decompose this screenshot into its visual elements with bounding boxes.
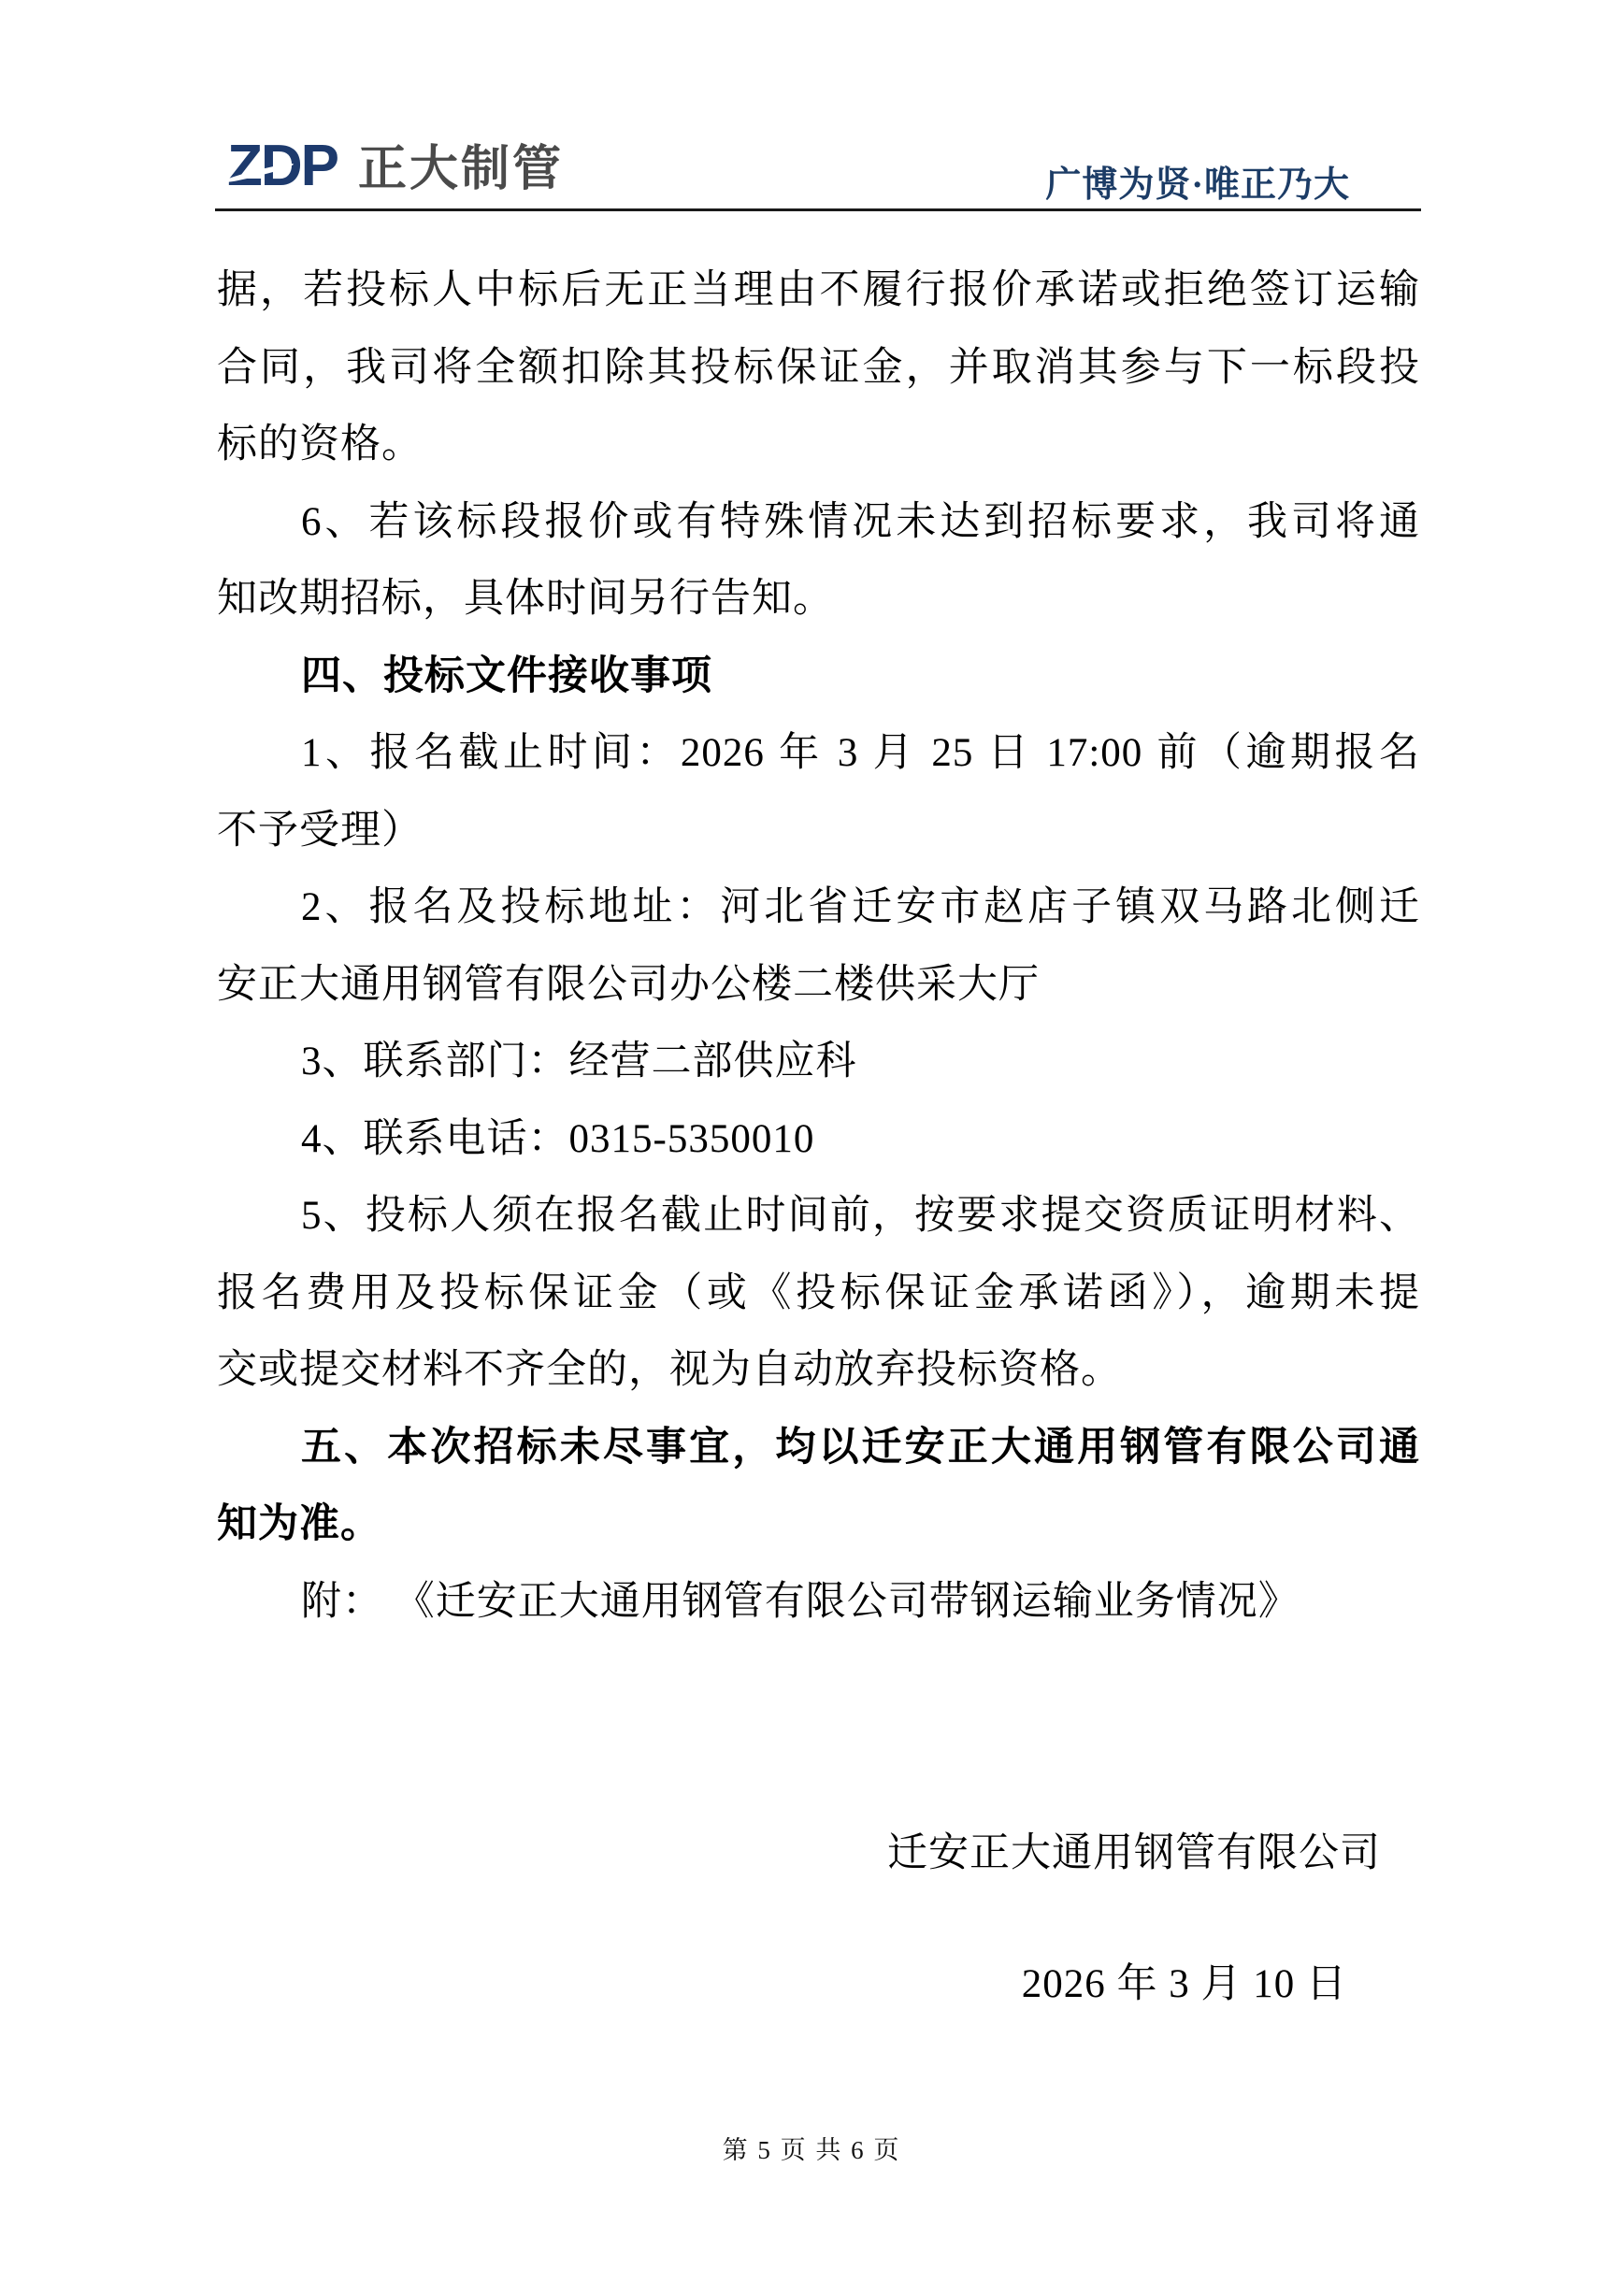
signature-company: 迁安正大通用钢管有限公司 (217, 1815, 1420, 1893)
doc-line: 不予受理） (217, 793, 1420, 870)
doc-line-item-3: 3、联系部门：经营二部供应科 (217, 1024, 1420, 1101)
zdp-logo-icon: ZDP (227, 137, 338, 195)
doc-line: 据，若投标人中标后无正当理由不履行报价承诺或拒绝签订运输 (217, 252, 1420, 330)
section-heading-4: 四、投标文件接收事项 (217, 639, 1420, 716)
doc-line-item-1: 1、报名截止时间：2026 年 3 月 25 日 17:00 前（逾期报名 (217, 715, 1420, 793)
company-slogan: 广博为贤·唯正乃大 (1045, 167, 1350, 203)
document-page: ZDP 正大制管 广博为贤·唯正乃大 据，若投标人中标后无正当理由不履行报价承诺… (0, 0, 1623, 2296)
document-body: 据，若投标人中标后无正当理由不履行报价承诺或拒绝签订运输 合同，我司将全额扣除其… (217, 252, 1420, 1641)
section-heading-5-cont: 知为准。 (217, 1486, 1420, 1564)
page-footer: 第 5 页 共 6 页 (0, 2130, 1623, 2166)
attachment-line: 附： 《迁安正大通用钢管有限公司带钢运输业务情况》 (217, 1564, 1420, 1642)
doc-line-item-5: 5、投标人须在报名截止时间前，按要求提交资质证明材料、 (217, 1178, 1420, 1256)
doc-line: 安正大通用钢管有限公司办公楼二楼供采大厅 (217, 947, 1420, 1025)
doc-line-item-4: 4、联系电话：0315-5350010 (217, 1101, 1420, 1179)
doc-line-item-6: 6、若该标段报价或有特殊情况未达到招标要求，我司将通 (217, 484, 1420, 562)
logo-company-name: 正大制管 (358, 145, 564, 194)
doc-line: 知改期招标，具体时间另行告知。 (217, 561, 1420, 639)
doc-line: 标的资格。 (217, 407, 1420, 484)
signature-block: 迁安正大通用钢管有限公司 2026 年 3 月 10 日 (217, 1815, 1420, 2023)
doc-line: 报名费用及投标保证金（或《投标保证金承诺函》），逾期未提 (217, 1256, 1420, 1333)
doc-line-item-2: 2、报名及投标地址：河北省迁安市赵店子镇双马路北侧迁 (217, 869, 1420, 947)
page-number: 第 5 页 共 6 页 (723, 2136, 901, 2164)
signature-date: 2026 年 3 月 10 日 (217, 1946, 1420, 2024)
section-heading-5: 五、本次招标未尽事宜，均以迁安正大通用钢管有限公司通 (217, 1410, 1420, 1487)
doc-line: 合同，我司将全额扣除其投标保证金，并取消其参与下一标段投 (217, 330, 1420, 408)
company-logo: ZDP 正大制管 (227, 137, 564, 195)
page-header: ZDP 正大制管 广博为贤·唯正乃大 (215, 0, 1421, 211)
doc-line: 交或提交材料不齐全的，视为自动放弃投标资格。 (217, 1332, 1420, 1410)
